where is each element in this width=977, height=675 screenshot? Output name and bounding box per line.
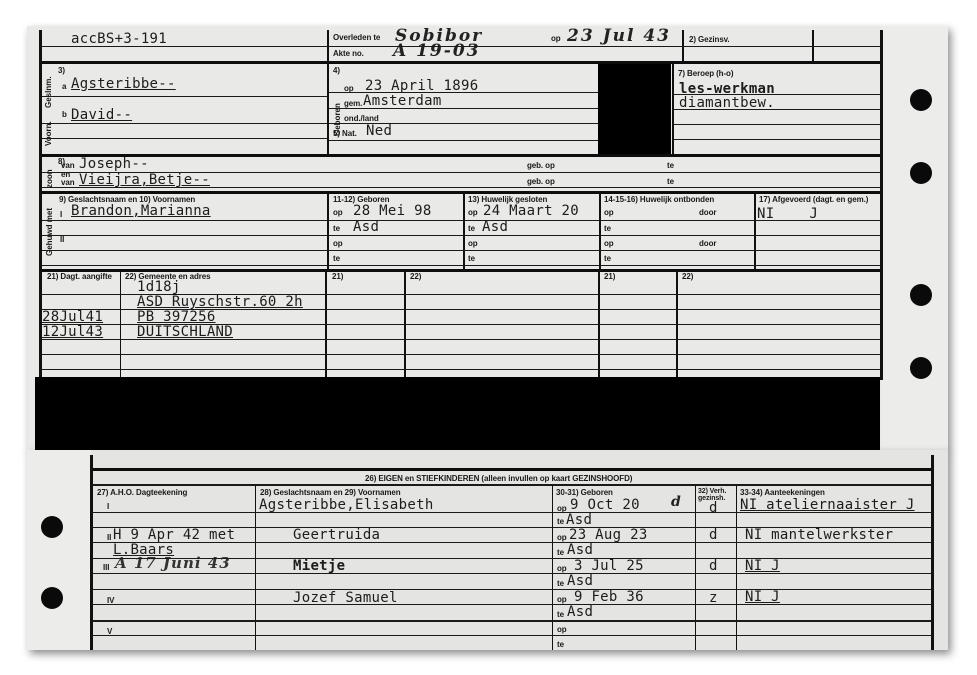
row-marker: III bbox=[103, 563, 109, 572]
mother-name: Vieijra,Betje-- bbox=[79, 172, 210, 188]
divider bbox=[552, 485, 553, 650]
field-label: op bbox=[557, 533, 567, 542]
field-label: ond./land bbox=[344, 114, 379, 123]
rule bbox=[92, 542, 932, 543]
spouse-birth-date: 28 Mei 98 bbox=[353, 203, 432, 219]
child-mark: d bbox=[671, 494, 683, 510]
surname-section-label: Geslnm. bbox=[44, 76, 53, 108]
rule bbox=[92, 512, 932, 513]
address-header: 22) bbox=[410, 272, 421, 281]
rule bbox=[674, 109, 880, 110]
address-date-header: 21) bbox=[604, 272, 615, 281]
marriage-place: Asd bbox=[482, 219, 508, 235]
field-label: a bbox=[62, 82, 66, 91]
punch-hole bbox=[910, 162, 932, 184]
field-label: b bbox=[62, 110, 67, 119]
field-label: 3) bbox=[58, 66, 65, 75]
field-label: te bbox=[333, 254, 340, 263]
field-label: 4) bbox=[333, 66, 340, 75]
divider bbox=[599, 192, 601, 272]
rule bbox=[42, 309, 880, 310]
field-label: op bbox=[333, 208, 343, 217]
rule bbox=[42, 96, 327, 97]
divider bbox=[255, 485, 256, 650]
child-relation: d bbox=[709, 527, 718, 543]
field-label: gem. bbox=[344, 99, 362, 108]
field-label: II bbox=[60, 235, 64, 244]
address-date: 12Jul43 bbox=[42, 324, 103, 340]
field-label: op bbox=[557, 625, 567, 634]
father-name: Joseph-- bbox=[79, 156, 149, 172]
field-label: te bbox=[604, 224, 611, 233]
rule bbox=[92, 589, 932, 590]
address-date-header: 21) Dagt. aangifte bbox=[47, 272, 112, 281]
redaction-block bbox=[35, 377, 880, 452]
child-birth-date: 23 Aug 23 bbox=[569, 527, 648, 543]
field-label: 5) Nat. bbox=[333, 129, 357, 138]
rule bbox=[42, 339, 880, 340]
rule bbox=[92, 484, 932, 486]
spouse-name: Brandon,Marianna bbox=[71, 203, 211, 219]
married-section-label: Gehuwd met bbox=[45, 208, 54, 256]
rule bbox=[42, 354, 880, 355]
field-label: van bbox=[61, 161, 75, 170]
rule bbox=[42, 61, 880, 64]
address-line: ASD Ruyschstr.60 2h bbox=[137, 294, 303, 310]
punch-hole bbox=[910, 357, 932, 379]
household-label: 2) Gezinsv. bbox=[689, 35, 730, 44]
field-label: te bbox=[557, 610, 564, 619]
field-label: door bbox=[699, 208, 716, 217]
row-marker: II bbox=[107, 533, 111, 542]
child-birth-place: Asd bbox=[567, 573, 593, 589]
address-date: 28Jul41 bbox=[42, 309, 103, 325]
field-label: op bbox=[604, 239, 614, 248]
divider bbox=[754, 192, 756, 272]
rule bbox=[674, 139, 880, 140]
child-name: Agsteribbe,Elisabeth bbox=[259, 497, 434, 513]
surname: Agsteribbe-- bbox=[71, 76, 176, 92]
divider bbox=[327, 192, 329, 272]
field-label: op bbox=[604, 208, 614, 217]
deed-label: Akte no. bbox=[333, 49, 364, 58]
rule bbox=[42, 324, 880, 325]
child-relation: d bbox=[709, 558, 718, 574]
field-label: te bbox=[468, 224, 475, 233]
row-marker: I bbox=[107, 502, 109, 511]
punch-hole bbox=[41, 516, 63, 538]
rule bbox=[329, 108, 599, 109]
rule bbox=[42, 172, 880, 173]
firstname-section-label: Voorn. bbox=[44, 121, 53, 146]
nationality: Ned bbox=[366, 123, 392, 139]
field-label: op bbox=[333, 239, 343, 248]
field-label: te bbox=[667, 177, 674, 186]
child-birth-date: 9 Oct 20 bbox=[570, 497, 640, 513]
punch-hole bbox=[910, 89, 932, 111]
divider bbox=[463, 192, 465, 272]
child-birth-date: 9 Feb 36 bbox=[574, 589, 644, 605]
rule bbox=[92, 604, 932, 605]
children-header: 26) EIGEN en STIEFKINDEREN (alleen invul… bbox=[365, 474, 632, 483]
rule bbox=[42, 220, 880, 221]
rule bbox=[42, 138, 327, 139]
divider bbox=[736, 485, 737, 650]
rule bbox=[92, 468, 932, 471]
rule bbox=[42, 250, 880, 251]
died-on-label: op bbox=[551, 34, 561, 43]
field-label: te bbox=[604, 254, 611, 263]
child-relation: d bbox=[709, 500, 718, 516]
field-label: geb. op bbox=[527, 177, 555, 186]
rule bbox=[42, 187, 880, 188]
punch-hole bbox=[41, 587, 63, 609]
child-name: Mietje bbox=[293, 558, 345, 574]
rule bbox=[42, 154, 880, 157]
child-notes-header: 33-34) Aanteekeningen bbox=[740, 488, 825, 497]
divider bbox=[880, 30, 883, 380]
divider bbox=[695, 485, 696, 650]
rule bbox=[42, 265, 880, 266]
registration-card-back: 26) EIGEN en STIEFKINDEREN (alleen invul… bbox=[27, 450, 948, 650]
field-label: te bbox=[557, 548, 564, 557]
child-born-header: 30-31) Geboren bbox=[556, 488, 613, 497]
firstname: David-- bbox=[71, 107, 132, 123]
address-header: 22) bbox=[682, 272, 693, 281]
died-label: Overleden te bbox=[333, 33, 380, 42]
occupation-label: 7) Beroep (h-o) bbox=[678, 69, 733, 78]
field-label: geb. op bbox=[527, 161, 555, 170]
rule bbox=[329, 92, 599, 93]
redaction-block bbox=[598, 64, 671, 156]
field-label: te bbox=[557, 579, 564, 588]
child-birth-place: Asd bbox=[567, 542, 593, 558]
child-birth-date: 3 Jul 25 bbox=[574, 558, 644, 574]
registration-card-front: accBS+3-191 Overleden te Sobibor op 23 J… bbox=[27, 26, 948, 451]
marriage-date: 24 Maart 20 bbox=[483, 203, 579, 219]
field-label: te bbox=[557, 517, 564, 526]
rule bbox=[42, 369, 880, 370]
reference-number: accBS+3-191 bbox=[71, 31, 167, 47]
rule bbox=[92, 620, 932, 622]
dissolved-header: 14-15-16) Huwelijk ontbonden bbox=[604, 195, 714, 204]
rule bbox=[674, 124, 880, 125]
address-line: 1d18j bbox=[137, 279, 181, 295]
rule bbox=[42, 294, 880, 295]
rule bbox=[329, 140, 599, 141]
deported-header: 17) Afgevoerd (dagt. en gem.) bbox=[759, 195, 868, 204]
child-name-header: 28) Geslachtsnaam en 29) Voornamen bbox=[260, 488, 401, 497]
aho-entry: H 9 Apr 42 met bbox=[113, 527, 235, 543]
field-label: te bbox=[667, 161, 674, 170]
rule bbox=[92, 558, 932, 559]
child-notes: NI ateliernaaister J bbox=[740, 497, 915, 513]
rule bbox=[92, 635, 932, 636]
field-label: door bbox=[699, 239, 716, 248]
field-label: op bbox=[468, 239, 478, 248]
field-label: te bbox=[468, 254, 475, 263]
rule bbox=[329, 123, 599, 124]
child-name: Geertruida bbox=[293, 527, 380, 543]
spouse-birth-place: Asd bbox=[353, 219, 379, 235]
child-birth-place: Asd bbox=[567, 604, 593, 620]
field-label: te bbox=[557, 640, 564, 649]
card-margin bbox=[27, 450, 91, 650]
divider bbox=[327, 30, 329, 156]
rule bbox=[674, 94, 880, 95]
deed-number: A 19-03 bbox=[393, 41, 480, 61]
rule bbox=[42, 46, 880, 47]
aho-entry: A 17 Juni 43 bbox=[115, 554, 231, 572]
child-notes: NI mantelwerkster bbox=[745, 527, 893, 543]
child-notes: NI J bbox=[745, 558, 780, 574]
child-birth-place: Asd bbox=[566, 512, 592, 528]
field-label: op bbox=[468, 208, 478, 217]
punch-hole bbox=[910, 284, 932, 306]
rule bbox=[42, 123, 327, 124]
rule bbox=[92, 527, 932, 528]
address-date-header: 21) bbox=[332, 272, 343, 281]
child-notes: NI J bbox=[745, 589, 780, 605]
field-label: te bbox=[333, 224, 340, 233]
birth-municipality: Amsterdam bbox=[363, 93, 442, 109]
aho-header: 27) A.H.O. Dagteekening bbox=[97, 488, 187, 497]
rule bbox=[42, 235, 880, 236]
died-date: 23 Jul 43 bbox=[567, 26, 671, 46]
field-label: I bbox=[60, 210, 62, 219]
address-line: DUITSCHLAND bbox=[137, 324, 233, 340]
field-label: op bbox=[557, 595, 567, 604]
field-label: van bbox=[61, 178, 75, 187]
field-label: op bbox=[557, 564, 567, 573]
rule bbox=[92, 573, 932, 574]
address-line: PB 397256 bbox=[137, 309, 216, 325]
